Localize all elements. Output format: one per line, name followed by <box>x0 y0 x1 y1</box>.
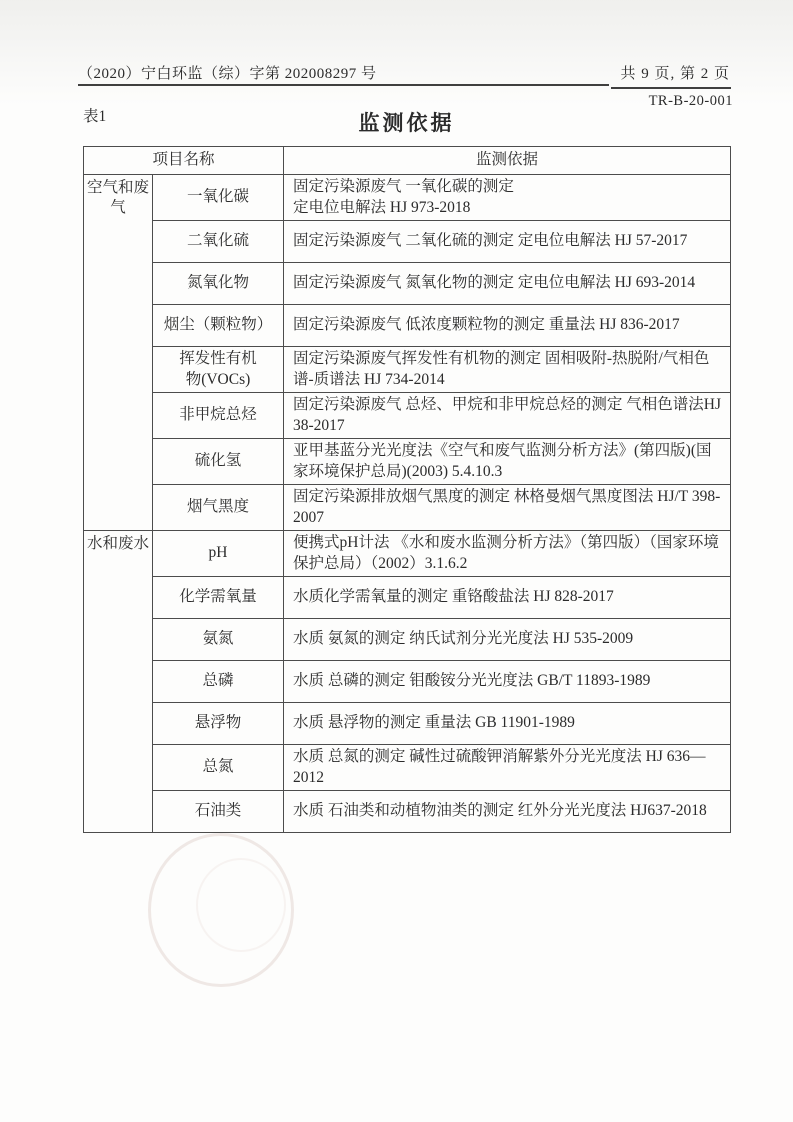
table-row: 化学需氧量 水质化学需氧量的测定 重铬酸盐法 HJ 828-2017 <box>84 577 731 619</box>
header-rule-left <box>78 84 609 86</box>
stamp-bleedthrough-inner-arc <box>196 858 286 952</box>
item-cell: 悬浮物 <box>153 703 284 745</box>
basis-cell: 便携式pH计法 《水和废水监测分析方法》（第四版）（国家环境保护总局）（2002… <box>284 531 731 577</box>
item-cell: 二氧化硫 <box>153 221 284 263</box>
basis-cell: 固定污染源废气 总烃、甲烷和非甲烷总烃的测定 气相色谱法HJ 38-2017 <box>284 393 731 439</box>
item-cell: 一氧化碳 <box>153 175 284 221</box>
basis-cell: 水质 总磷的测定 钼酸铵分光光度法 GB/T 11893-1989 <box>284 661 731 703</box>
header-monitoring-basis: 监测依据 <box>284 147 731 175</box>
basis-cell: 固定污染源废气 一氧化碳的测定 定电位电解法 HJ 973-2018 <box>284 175 731 221</box>
item-cell: 烟尘（颗粒物） <box>153 305 284 347</box>
monitoring-basis-table: 项目名称 监测依据 空气和废气 一氧化碳 固定污染源废气 一氧化碳的测定 定电位… <box>83 146 731 833</box>
category-cell-water-wastewater: 水和废水 <box>84 531 153 833</box>
item-cell: 化学需氧量 <box>153 577 284 619</box>
table-row: 烟尘（颗粒物） 固定污染源废气 低浓度颗粒物的测定 重量法 HJ 836-201… <box>84 305 731 347</box>
table-row: 氮氧化物 固定污染源废气 氮氧化物的测定 定电位电解法 HJ 693-2014 <box>84 263 731 305</box>
item-cell: pH <box>153 531 284 577</box>
table-row: 水和废水 pH 便携式pH计法 《水和废水监测分析方法》（第四版）（国家环境保护… <box>84 531 731 577</box>
header-rule-right <box>611 87 731 89</box>
table-row: 总磷 水质 总磷的测定 钼酸铵分光光度法 GB/T 11893-1989 <box>84 661 731 703</box>
item-cell: 非甲烷总烃 <box>153 393 284 439</box>
item-cell: 氮氧化物 <box>153 263 284 305</box>
item-cell: 挥发性有机 物(VOCs) <box>153 347 284 393</box>
table-row: 悬浮物 水质 悬浮物的测定 重量法 GB 11901-1989 <box>84 703 731 745</box>
table-row: 石油类 水质 石油类和动植物油类的测定 红外分光光度法 HJ637-2018 <box>84 791 731 833</box>
table-row: 二氧化硫 固定污染源废气 二氧化硫的测定 定电位电解法 HJ 57-2017 <box>84 221 731 263</box>
category-cell-air-waste-gas: 空气和废气 <box>84 175 153 531</box>
basis-cell: 水质 氨氮的测定 纳氏试剂分光光度法 HJ 535-2009 <box>284 619 731 661</box>
basis-cell: 亚甲基蓝分光光度法《空气和废气监测分析方法》(第四版)(国家环境保护总局)(20… <box>284 439 731 485</box>
basis-cell: 固定污染源废气 低浓度颗粒物的测定 重量法 HJ 836-2017 <box>284 305 731 347</box>
item-cell: 硫化氢 <box>153 439 284 485</box>
document-number: （2020）宁白环监（综）字第 202008297 号 <box>78 62 377 83</box>
page-title: 监测依据 <box>83 107 730 137</box>
basis-cell: 水质 悬浮物的测定 重量法 GB 11901-1989 <box>284 703 731 745</box>
table-row: 总氮 水质 总氮的测定 碱性过硫酸钾消解紫外分光光度法 HJ 636—2012 <box>84 745 731 791</box>
basis-cell: 固定污染源废气挥发性有机物的测定 固相吸附-热脱附/气相色谱-质谱法 HJ 73… <box>284 347 731 393</box>
table-row: 挥发性有机 物(VOCs) 固定污染源废气挥发性有机物的测定 固相吸附-热脱附/… <box>84 347 731 393</box>
basis-cell: 固定污染源废气 氮氧化物的测定 定电位电解法 HJ 693-2014 <box>284 263 731 305</box>
table-header-row: 项目名称 监测依据 <box>84 147 731 175</box>
table-row: 非甲烷总烃 固定污染源废气 总烃、甲烷和非甲烷总烃的测定 气相色谱法HJ 38-… <box>84 393 731 439</box>
basis-cell: 水质 石油类和动植物油类的测定 红外分光光度法 HJ637-2018 <box>284 791 731 833</box>
item-cell: 氨氮 <box>153 619 284 661</box>
table-row: 烟气黑度 固定污染源排放烟气黑度的测定 林格曼烟气黑度图法 HJ/T 398-2… <box>84 485 731 531</box>
basis-cell: 固定污染源废气 二氧化硫的测定 定电位电解法 HJ 57-2017 <box>284 221 731 263</box>
stamp-bleedthrough-mark <box>148 833 294 987</box>
item-cell: 烟气黑度 <box>153 485 284 531</box>
basis-cell: 固定污染源排放烟气黑度的测定 林格曼烟气黑度图法 HJ/T 398-2007 <box>284 485 731 531</box>
item-cell: 石油类 <box>153 791 284 833</box>
table-row: 氨氮 水质 氨氮的测定 纳氏试剂分光光度法 HJ 535-2009 <box>84 619 731 661</box>
table-row: 空气和废气 一氧化碳 固定污染源废气 一氧化碳的测定 定电位电解法 HJ 973… <box>84 175 731 221</box>
basis-cell: 水质 总氮的测定 碱性过硫酸钾消解紫外分光光度法 HJ 636—2012 <box>284 745 731 791</box>
header-item-name: 项目名称 <box>84 147 284 175</box>
page-indicator: 共 9 页, 第 2 页 <box>620 62 730 83</box>
table-row: 硫化氢 亚甲基蓝分光光度法《空气和废气监测分析方法》(第四版)(国家环境保护总局… <box>84 439 731 485</box>
item-cell: 总氮 <box>153 745 284 791</box>
item-cell: 总磷 <box>153 661 284 703</box>
basis-cell: 水质化学需氧量的测定 重铬酸盐法 HJ 828-2017 <box>284 577 731 619</box>
